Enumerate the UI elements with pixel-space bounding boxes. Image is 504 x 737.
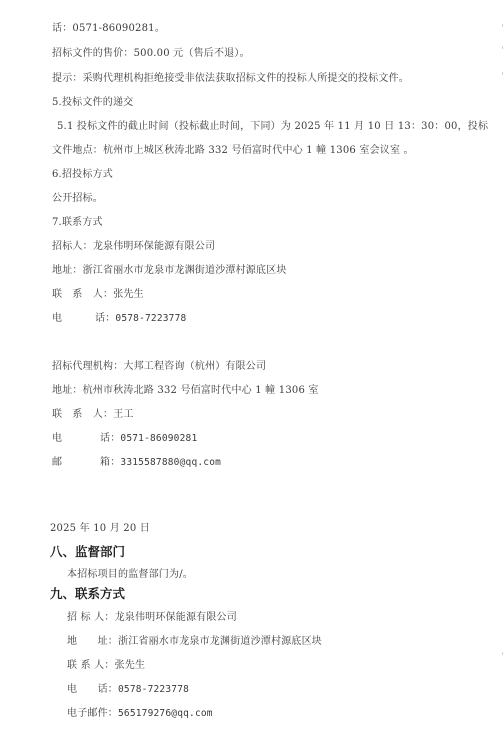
doc-price-text: 招标文件的售价：500.00 元（售后不退）。 — [52, 48, 250, 59]
agency-address-value: 杭州市秋涛北路 332 号佰富时代中心 1 幢 1306 室 — [83, 385, 319, 396]
tenderer-phone-value: 0578-7223778 — [115, 313, 186, 324]
section6-body-text: 公开招标。 — [52, 193, 103, 204]
section8-heading: 八、监督部门 — [50, 544, 125, 560]
section5-1-line2: 文件地点：杭州市上城区秋涛北路 332 号佰富时代中心 1 幢 1306 室会议… — [52, 144, 414, 158]
tenderer-contact-label: 联 系 人： — [52, 289, 113, 300]
agency-phone-value: 0571-86090281 — [120, 433, 197, 444]
section5-title: 5.投标文件的递交 — [52, 96, 133, 110]
section9-row-email: 电子邮件：565179276@qq.com — [67, 707, 213, 721]
section8-body: 本招标项目的监督部门为/。 — [67, 568, 193, 582]
location-text: 文件地点：杭州市上城区秋涛北路 332 号佰富时代中心 1 幢 1306 室会议… — [52, 145, 414, 156]
scan-mark — [502, 652, 503, 655]
section9-phone-label: 电 话： — [67, 684, 118, 695]
scan-mark — [502, 24, 503, 27]
tenderer-contact-value: 张先生 — [113, 289, 144, 300]
section5-1-line1: 5.1 投标文件的截止时间（投标截止时间，下同）为 2025 年 11 月 10… — [57, 120, 488, 134]
phone-tail-text: 话：0571-86090281。 — [52, 23, 165, 34]
doc-price-line: 招标文件的售价：500.00 元（售后不退）。 — [52, 47, 250, 61]
section7-title-text: 7.联系方式 — [52, 217, 103, 228]
document-page: 话：0571-86090281。 招标文件的售价：500.00 元（售后不退）。… — [0, 0, 504, 737]
tenderer-phone-label-a: 电 — [52, 312, 95, 326]
agency-email-label-a: 邮 — [52, 456, 100, 470]
section9-email-value: 565179276@qq.com — [118, 708, 213, 719]
agency-phone-label-a: 电 — [52, 432, 100, 446]
tenderer-address-value: 浙江省丽水市龙泉市龙渊街道沙潭村源底区块 — [83, 265, 287, 276]
section9-address-label: 地 址： — [67, 636, 118, 647]
agency-phone-row: 电话：0571-86090281 — [52, 432, 197, 446]
agency-email-label-b: 箱： — [100, 457, 120, 468]
agency-name-row: 招标代理机构：大邦工程咨询（杭州）有限公司 — [52, 360, 266, 374]
tenderer-name-value: 龙泉伟明环保能源有限公司 — [93, 241, 215, 252]
issue-date: 2025 年 10 月 20 日 — [50, 522, 150, 536]
section5-title-text: 5.投标文件的递交 — [52, 97, 133, 108]
section6-title-text: 6.招投标方式 — [52, 169, 113, 180]
tenderer-address-row: 地址：浙江省丽水市龙泉市龙渊街道沙潭村源底区块 — [52, 264, 287, 278]
agency-phone-label-b: 话： — [100, 433, 120, 444]
section9-heading: 九、联系方式 — [50, 586, 125, 602]
section9-contact-label: 联 系 人： — [67, 660, 115, 671]
tenderer-contact-row: 联 系 人：张先生 — [52, 288, 144, 302]
scan-mark — [502, 72, 503, 75]
section9-contact-value: 张先生 — [115, 660, 146, 671]
agency-name-label: 招标代理机构： — [52, 361, 123, 372]
section6-title: 6.招投标方式 — [52, 168, 113, 182]
tenderer-name-row: 招标人：龙泉伟明环保能源有限公司 — [52, 240, 215, 254]
tenderer-phone-row: 电话：0578-7223778 — [52, 312, 186, 326]
scan-mark — [502, 46, 503, 49]
section9-phone-value: 0578-7223778 — [118, 684, 189, 695]
section9-tenderer-value: 龙泉伟明环保能源有限公司 — [115, 612, 237, 623]
tenderer-name-label: 招标人： — [52, 241, 93, 252]
agency-email-value: 3315587880@qq.com — [120, 457, 221, 468]
tenderer-phone-label-b: 话： — [95, 313, 115, 324]
section9-row-contact: 联 系 人：张先生 — [67, 659, 145, 673]
agency-address-label: 地址： — [52, 385, 83, 396]
section8-body-text: 本招标项目的监督部门为/。 — [67, 569, 193, 580]
section9-row-address: 地 址：浙江省丽水市龙泉市龙渊街道沙潭村源底区块 — [67, 635, 322, 649]
deadline-text: 5.1 投标文件的截止时间（投标截止时间，下同）为 2025 年 11 月 10… — [57, 121, 488, 132]
agency-address-row: 地址：杭州市秋涛北路 332 号佰富时代中心 1 幢 1306 室 — [52, 384, 319, 398]
tenderer-address-label: 地址： — [52, 265, 83, 276]
section9-row-tenderer: 招 标 人：龙泉伟明环保能源有限公司 — [67, 611, 237, 625]
issue-date-text: 2025 年 10 月 20 日 — [50, 523, 150, 534]
section6-body: 公开招标。 — [52, 192, 103, 206]
agency-name-value: 大邦工程咨询（杭州）有限公司 — [123, 361, 266, 372]
agency-contact-label: 联 系 人： — [52, 409, 113, 420]
section9-row-phone: 电 话：0578-7223778 — [67, 683, 189, 697]
phone-tail-line: 话：0571-86090281。 — [52, 22, 165, 36]
section9-address-value: 浙江省丽水市龙泉市龙渊街道沙潭村源底区块 — [118, 636, 322, 647]
agency-contact-value: 王工 — [113, 409, 133, 420]
notice-text: 提示：采购代理机构拒绝接受非依法获取招标文件的投标人所提交的投标文件。 — [52, 73, 409, 84]
section7-title: 7.联系方式 — [52, 216, 103, 230]
section9-tenderer-label: 招 标 人： — [67, 612, 115, 623]
agency-email-row: 邮箱：3315587880@qq.com — [52, 456, 221, 470]
section9-email-label: 电子邮件： — [67, 708, 118, 719]
notice-line: 提示：采购代理机构拒绝接受非依法获取招标文件的投标人所提交的投标文件。 — [52, 72, 409, 86]
agency-contact-row: 联 系 人：王工 — [52, 408, 134, 422]
